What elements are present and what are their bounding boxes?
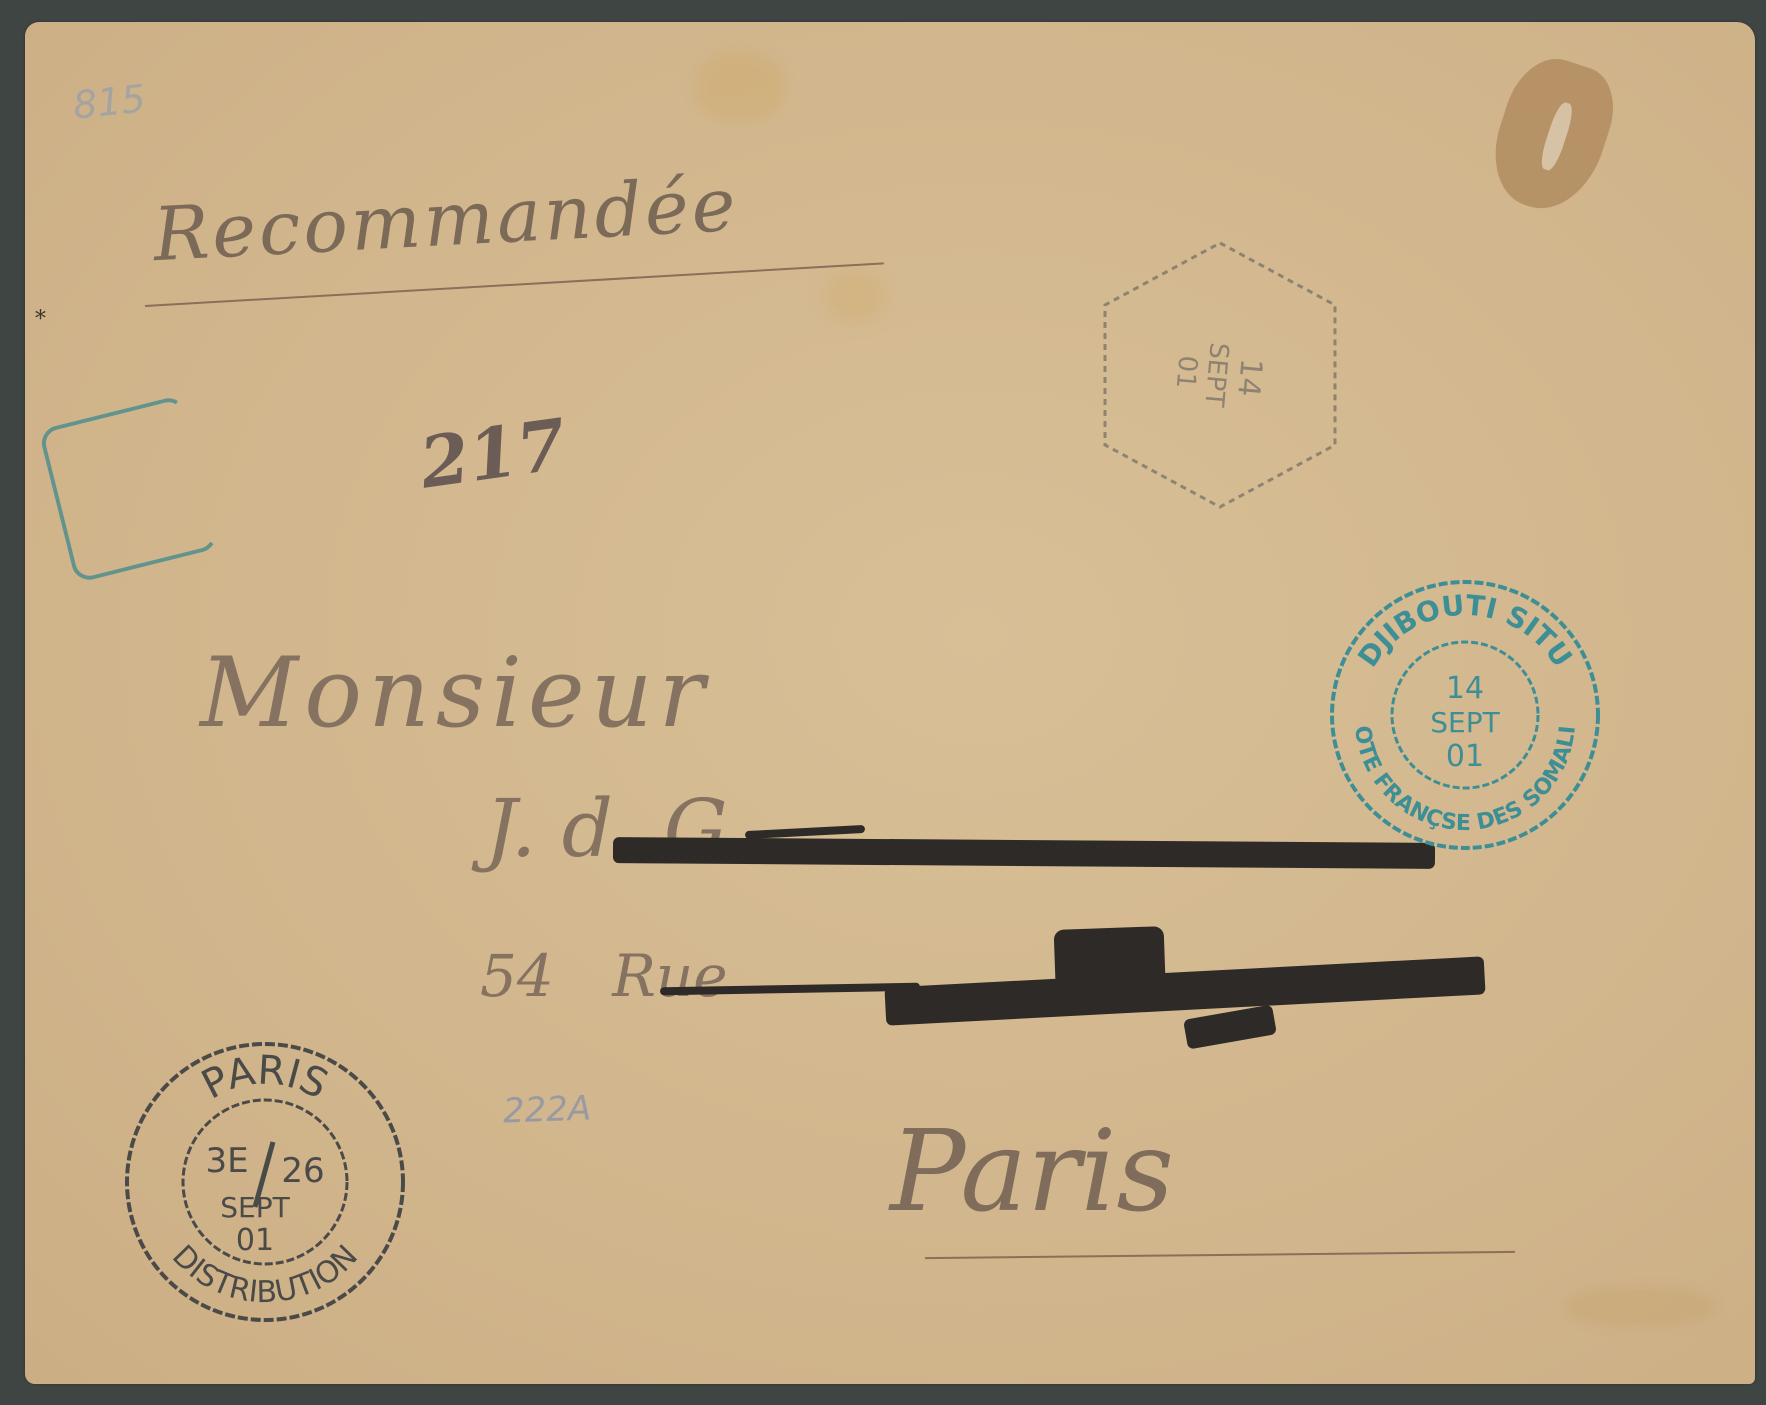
- street-number: 54: [480, 942, 554, 1010]
- paris-distribution-postmark: PARIS DISTRIBUTION 3E 26 SEPT 01: [115, 1032, 415, 1332]
- transit-postmark-hexagonal: 14 SEPT 01: [1080, 235, 1360, 515]
- strike-through-street: [884, 956, 1485, 1025]
- strike-through-street: [1054, 926, 1167, 1010]
- djibouti-postmark: DJIBOUTI SITU COTE FRANÇSE DES SOMALIS 1…: [1315, 570, 1615, 860]
- postmark-month: SEPT: [220, 1191, 290, 1224]
- pencil-note: 222A: [502, 1088, 591, 1131]
- age-stain: [1565, 1287, 1715, 1327]
- pencil-reference-number: 815: [71, 76, 148, 127]
- envelope-cover: 815 * Recommandée 217 14 SEPT 01 Monsieu…: [25, 22, 1755, 1384]
- address-street-line: 54 Rue: [480, 942, 728, 1010]
- margin-mark: *: [35, 307, 46, 332]
- age-stain: [825, 272, 885, 322]
- postmark-month: SEPT: [1430, 706, 1500, 739]
- svg-text:DJIBOUTI SITU: DJIBOUTI SITU: [1351, 589, 1578, 673]
- postmark-top-text: DJIBOUTI SITU: [1351, 589, 1578, 673]
- address-salutation: Monsieur: [200, 637, 710, 749]
- transit-day: 14: [1230, 357, 1268, 398]
- address-city: Paris: [890, 1107, 1174, 1237]
- postmark-day: 26: [281, 1151, 324, 1191]
- age-stain: [695, 52, 785, 122]
- street-prefix: Rue: [612, 942, 727, 1010]
- transit-month: SEPT: [1198, 341, 1234, 408]
- postmark-collection: 3E: [205, 1141, 248, 1181]
- strike-through-street: [1183, 1004, 1277, 1049]
- postmark-year: 01: [236, 1223, 274, 1258]
- registration-box-handstamp: [38, 394, 220, 583]
- city-underline: [925, 1251, 1515, 1259]
- postmark-day: 14: [1446, 671, 1484, 706]
- registration-label: Recommandée: [151, 162, 740, 279]
- transit-year: 01: [1170, 354, 1203, 390]
- postmark-year: 01: [1446, 739, 1484, 774]
- stamp-removal-stain: [1479, 47, 1625, 222]
- registration-number: 217: [415, 402, 571, 505]
